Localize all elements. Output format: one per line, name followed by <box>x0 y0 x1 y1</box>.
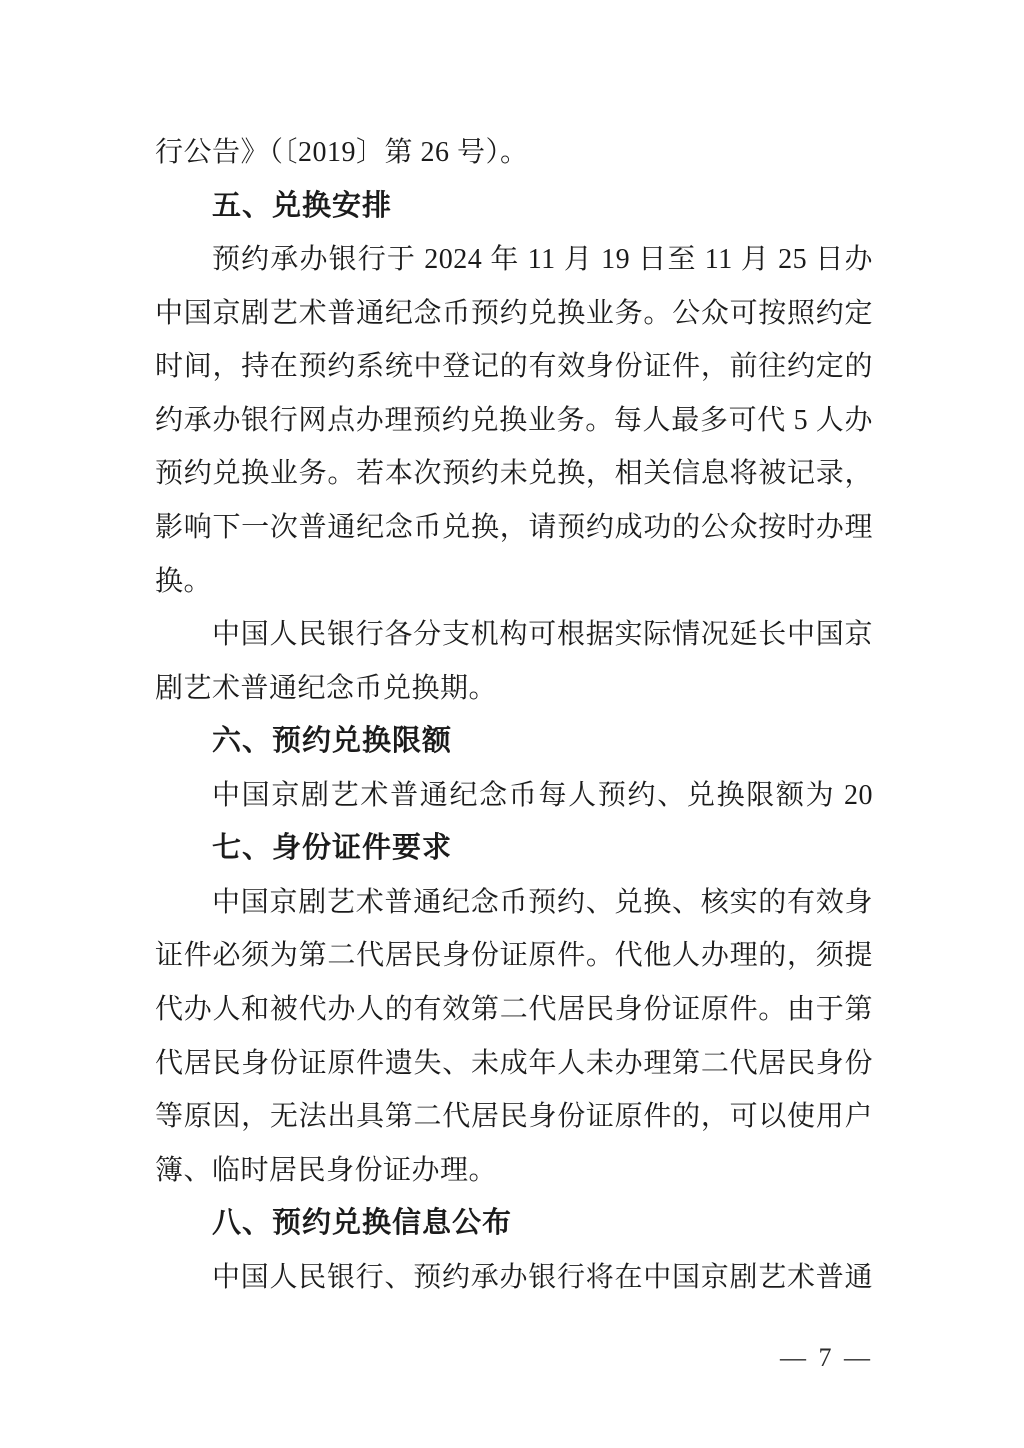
paragraph-line: 证件必须为第二代居民身份证原件。代他人办理的，须提供 <box>155 929 873 983</box>
paragraph-line-continuation: 行公告》（〔2019〕第 26 号）。 <box>155 126 873 180</box>
paragraph-line: 中国京剧艺术普通纪念币每人预约、兑换限额为 20 枚。 <box>155 769 873 823</box>
paragraph-line: 剧艺术普通纪念币兑换期。 <box>155 662 873 716</box>
section-heading-7: 七、身份证件要求 <box>155 822 873 876</box>
paragraph-line: 簿、临时居民身份证办理。 <box>155 1144 873 1198</box>
paragraph-line: 中国京剧艺术普通纪念币预约、兑换、核实的有效身份 <box>155 876 873 930</box>
page-number: — 7 — <box>780 1338 873 1378</box>
section-heading-8: 八、预约兑换信息公布 <box>155 1197 873 1251</box>
paragraph-line: 预约承办银行于 2024 年 11 月 19 日至 11 月 25 日办理 <box>155 233 873 287</box>
paragraph-line: 影响下一次普通纪念币兑换，请预约成功的公众按时办理兑 <box>155 501 873 555</box>
document-page: 行公告》（〔2019〕第 26 号）。 五、兑换安排 预约承办银行于 2024 … <box>0 0 1024 1448</box>
paragraph-line: 代办人和被代办人的有效第二代居民身份证原件。由于第二 <box>155 983 873 1037</box>
paragraph-line: 预约兑换业务。若本次预约未兑换，相关信息将被记录，并 <box>155 447 873 501</box>
section-heading-5: 五、兑换安排 <box>155 180 873 234</box>
paragraph-line: 约承办银行网点办理预约兑换业务。每人最多可代 5 人办理 <box>155 394 873 448</box>
paragraph-line: 中国人民银行、预约承办银行将在中国京剧艺术普通纪 <box>155 1251 873 1305</box>
paragraph-line: 中国人民银行各分支机构可根据实际情况延长中国京 <box>155 608 873 662</box>
section-heading-6: 六、预约兑换限额 <box>155 715 873 769</box>
paragraph-line: 等原因，无法出具第二代居民身份证原件的，可以使用户口 <box>155 1090 873 1144</box>
document-body: 行公告》（〔2019〕第 26 号）。 五、兑换安排 预约承办银行于 2024 … <box>155 126 873 1304</box>
paragraph-line: 中国京剧艺术普通纪念币预约兑换业务。公众可按照约定的 <box>155 287 873 341</box>
paragraph-line: 代居民身份证原件遗失、未成年人未办理第二代居民身份证 <box>155 1037 873 1091</box>
paragraph-line: 换。 <box>155 555 873 609</box>
paragraph-line: 时间，持在预约系统中登记的有效身份证件，前往约定的预 <box>155 340 873 394</box>
